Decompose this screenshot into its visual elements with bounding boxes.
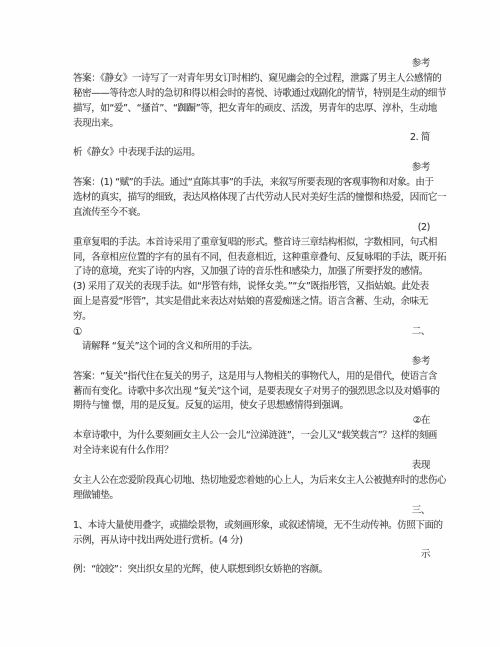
text-line: 理做铺垫。 bbox=[73, 489, 430, 504]
text-line: 秘密——等待恋人时的急切和得以相会时的喜悦、诗歌通过戏剧化的情节，特别是生动的细… bbox=[73, 87, 430, 102]
text-line: 同，各章相应位置的字有的虽有不同，但表意相近，这种重章叠句、反复咏唱的手法，既开… bbox=[73, 251, 430, 266]
document-text-body: 参考答案：《静女》一诗写了一对青年男女订时相约、窥见幽会的全过程，泄露了男主人公… bbox=[73, 57, 430, 578]
text-line: 描写，如“爱”、“搔首”、“踟蹰”等，把女青年的顽皮、活泼，男青年的忠厚、淳朴，… bbox=[73, 102, 430, 117]
text-line: 例：“皎皎”：突出织女星的光辉，使人联想到织女娇艳的容颜。 bbox=[73, 563, 430, 578]
text-line: 面上是喜爱“彤管”，其实是借此来表达对姑娘的喜爱痴迷之情。语言含蓄、生动，余味无 bbox=[73, 295, 430, 310]
text-line: 蓄而有变化。诗歌中多次出现 “复关”这个词，是要表现女子对男子的强烈思念以及对婚… bbox=[73, 385, 430, 400]
text-line: 选材的真实，描写的细致，表达风格体现了古代劳动人民对美好生活的憧憬和热爱，因而它… bbox=[73, 191, 430, 206]
right-aligned-label: 三、 bbox=[73, 504, 430, 519]
right-aligned-label: 参考 bbox=[73, 57, 430, 72]
text-line: (3) 采用了双关的表现手法。如“彤管有炜，说怿女美。”“女”既指彤管，又指姑娘… bbox=[73, 280, 430, 295]
right-aligned-label: 示 bbox=[73, 548, 430, 563]
text-line: 穷。 bbox=[73, 310, 430, 325]
text-line: 答案：“复关”指代住在复关的男子，这是用与人物相关的事物代人，用的是借代，使语言… bbox=[73, 370, 430, 385]
right-aligned-label: 参考 bbox=[73, 161, 430, 176]
text-line: 了诗的意境，充实了诗的内容，又加强了诗的音乐性和感染力，加强了所要抒发的感情。 bbox=[73, 265, 430, 280]
text-line: 直流传至今不衰。 bbox=[73, 206, 430, 221]
circled-number-marker: ① bbox=[73, 325, 82, 340]
text-line: 答案：(1) “赋”的手法。通过“直陈其事”的手法，来叙写所要表现的客观事物和对… bbox=[73, 176, 430, 191]
text-line: 析《静女》中表现手法的运用。 bbox=[73, 146, 430, 161]
text-line: 答案：《静女》一诗写了一对青年男女订时相约、窥见幽会的全过程，泄露了男主人公感情… bbox=[73, 72, 430, 87]
dual-marker-line: ①二、 bbox=[73, 325, 430, 340]
text-line: 请解释 “复关”这个词的含义和所用的手法。 bbox=[73, 340, 430, 355]
right-aligned-label: ②在 bbox=[73, 414, 430, 429]
text-line: 重章复唱的手法。本首诗采用了重章复唱的形式。整首诗三章结构相似，字数相同，句式相 bbox=[73, 236, 430, 251]
text-line: 期待与憧 憬，用的是反复。反复的运用，使女子思想感情得到强调。 bbox=[73, 399, 430, 414]
right-aligned-label: (2) bbox=[73, 221, 430, 236]
section-number-label: 二、 bbox=[412, 325, 430, 340]
right-aligned-label: 表现 bbox=[73, 459, 430, 474]
text-line: 本章诗歌中，为什么要刻画女主人公一会儿“泣涕涟涟”，一会儿又“载笑载言”？这样的… bbox=[73, 429, 430, 444]
text-line: 1、本诗大量使用叠字，或描绘景物，或刻画形象，或叙述情境，无不生动传神。仿照下面… bbox=[73, 519, 430, 534]
document-page: 参考答案：《静女》一诗写了一对青年男女订时相约、窥见幽会的全过程，泄露了男主人公… bbox=[0, 0, 500, 647]
text-line: 女主人公在恋爱阶段真心切地、热切地爱恋着她的心上人，为后来女主人公被抛弃时的悲伤… bbox=[73, 474, 430, 489]
right-aligned-label: 2. 简 bbox=[73, 131, 430, 146]
text-line: 对全诗来说有什么作用？ bbox=[73, 444, 430, 459]
text-line: 示例，再从诗中找出两处进行赏析。(4 分) bbox=[73, 534, 430, 549]
text-line: 表现出来。 bbox=[73, 117, 430, 132]
right-aligned-label: 参考 bbox=[73, 355, 430, 370]
